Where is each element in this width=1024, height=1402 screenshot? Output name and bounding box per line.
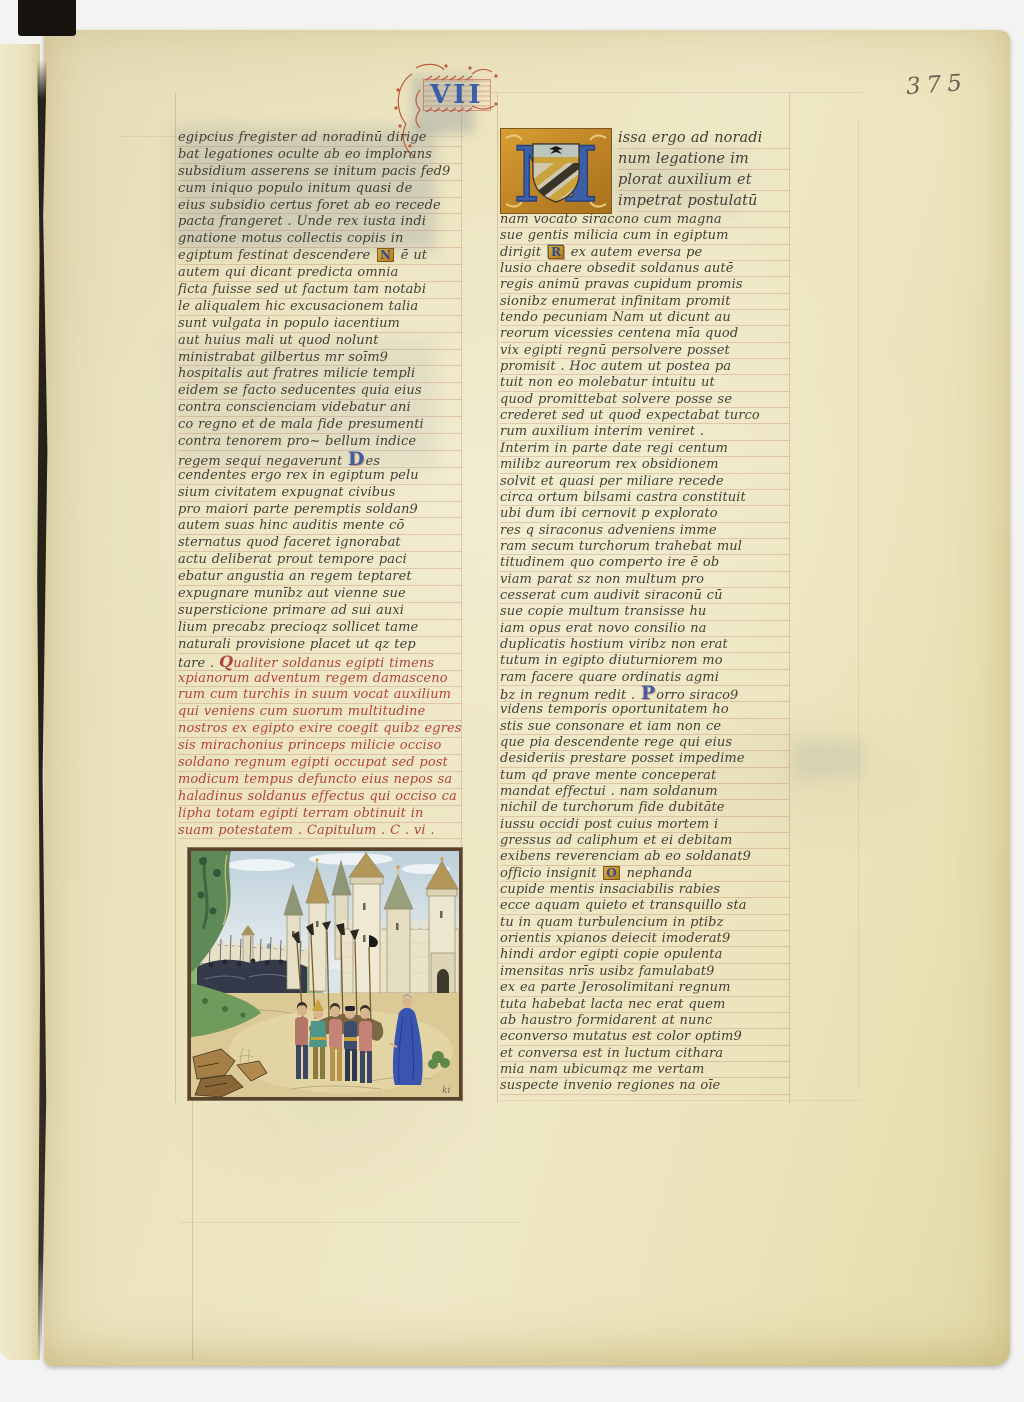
- chapter-heading: VII: [424, 80, 490, 110]
- text-line: soldano regnum egipti occupat sed post: [178, 755, 462, 772]
- text-line: gressus ad caliphum et ei debitam: [500, 833, 790, 849]
- text-line: videns temporis oportunitatem ho: [500, 702, 790, 718]
- folio-number: 375: [905, 70, 969, 100]
- text-line: cesserat cum audivit siraconū cū: [500, 588, 790, 604]
- text-line: bat legationes oculte ab eo implorans: [178, 147, 462, 164]
- text-line: stis sue consonare et iam non ce: [500, 719, 790, 735]
- facing-page-edge: [0, 44, 40, 1360]
- text-line: modicum tempus defuncto eius nepos sa: [178, 772, 462, 789]
- text-line: iussu occidi post cuius mortem i: [500, 817, 790, 833]
- text-line: egiptum festinat descendere N ē ut: [178, 248, 462, 265]
- text-line: econverso mutatus est color optim9: [500, 1029, 790, 1045]
- text-line: hospitalis aut fratres milicie templi: [178, 366, 462, 383]
- text-line: suam potestatem . Capitulum . C . vi .: [178, 823, 462, 840]
- text-line: sue gentis milicia cum in egiptum: [500, 228, 790, 244]
- text-line: xpianorum adventum regem damasceno: [178, 671, 462, 688]
- ruling-line: [460, 92, 862, 93]
- text-line: cendentes ergo rex in egiptum pelu: [178, 468, 462, 485]
- text-line: hindi ardor egipti copie opulenta: [500, 947, 790, 963]
- text-line: tum qd prave mente conceperat: [500, 768, 790, 784]
- text-line: vix egipti regnū persolvere posset: [500, 343, 790, 359]
- text-line: ministrabat gilbertus mr soīm9: [178, 350, 462, 367]
- text-line: reorum vicessies centena mīa quod: [500, 326, 790, 342]
- binding-clamp: [18, 0, 76, 36]
- text-line: que pia descendente rege qui eius: [500, 735, 790, 751]
- text-line: nam vocato siracono cum magna: [500, 212, 790, 228]
- text-line: contra tenorem pro~ bellum indice: [178, 434, 462, 451]
- ruling-line: [858, 120, 859, 1090]
- text-line: Interim in parte date regi centum: [500, 441, 790, 457]
- text-line: duplicatis hostium viribz non erat: [500, 637, 790, 653]
- illuminated-initial-M: M: [500, 128, 612, 214]
- text-line: pro maiori parte peremptis soldan9: [178, 502, 462, 519]
- text-line: mandat effectui . nam soldanum: [500, 784, 790, 800]
- text-line: nostros ex egipto exire coegit quibz egr…: [178, 721, 462, 738]
- miniature-painting: [188, 848, 462, 1100]
- text-line: imensitas nrīs usibz famulabat9: [500, 964, 790, 980]
- text-line: regem sequi negaverunt Des: [178, 451, 462, 468]
- text-line: titudinem quo comperto ire ē ob: [500, 555, 790, 571]
- text-line: ubi dum ibi cernovit p explorato: [500, 506, 790, 522]
- text-line: tare . Qualiter soldanus egipti timens: [178, 654, 462, 671]
- text-line: sis mirachonius princeps milicie occiso: [178, 738, 462, 755]
- text-line: quod promittebat solvere posse se: [500, 392, 790, 408]
- text-line: lipha totam egipti terram obtinuit in: [178, 806, 462, 823]
- text-line: tutum in egipto diuturniorem mo: [500, 653, 790, 669]
- text-line: sternatus quod faceret ignorabat: [178, 535, 462, 552]
- text-line: milibz aureorum rex obsidionem: [500, 457, 790, 473]
- text-line: desideriis prestare posset impedime: [500, 751, 790, 767]
- text-line: mia nam ubicumqz me vertam: [500, 1062, 790, 1078]
- text-line: orientis xpianos deiecit imoderat9: [500, 931, 790, 947]
- text-line: sunt vulgata in populo iacentium: [178, 316, 462, 333]
- text-line: res q siraconus adveniens imme: [500, 523, 790, 539]
- text-line: tuta habebat lacta nec erat quem: [500, 997, 790, 1013]
- page-crease: [192, 1100, 193, 1360]
- text-line: lusio chaere obsedit soldanus autē: [500, 261, 790, 277]
- text-line: plorat auxilium et: [618, 170, 790, 191]
- text-line: autem qui dicant predicta omnia: [178, 265, 462, 282]
- text-line: circa ortum bilsami castra constituit: [500, 490, 790, 506]
- text-line: bz in regnum redit . Porro siraco9: [500, 686, 790, 702]
- text-line: sue copie multum transisse hu: [500, 604, 790, 620]
- text-line: sium civitatem expugnat civibus: [178, 485, 462, 502]
- text-line: egipcius fregister ad noradinū dirige: [178, 130, 462, 147]
- text-line: cupide mentis insaciabilis rabies: [500, 882, 790, 898]
- text-line: supersticione primare ad sui auxi: [178, 603, 462, 620]
- ruling-line: [497, 93, 498, 1103]
- text-line: tu in quam turbulencium in ptibz: [500, 915, 790, 931]
- text-line: issa ergo ad noradi: [618, 128, 790, 149]
- text-line: actu deliberat prout tempore paci: [178, 552, 462, 569]
- text-line: suspecte invenio regiones na oīe: [500, 1078, 790, 1094]
- text-line: tuit non eo molebatur intuitu ut: [500, 375, 790, 391]
- text-line: autem suas hinc auditis mente cō: [178, 518, 462, 535]
- text-line: lium precabz precioqz sollicet tame: [178, 620, 462, 637]
- text-line: gnatione motus collectis copiis in: [178, 231, 462, 248]
- text-line: num legatione im: [618, 149, 790, 170]
- left-column-lines: egipcius fregister ad noradinū dirigebat…: [178, 130, 462, 839]
- text-line: qui veniens cum suorum multitudine: [178, 704, 462, 721]
- text-line: regis animū pravas cupidum promis: [500, 277, 790, 293]
- text-line: haladinus soldanus effectus qui occiso c…: [178, 789, 462, 806]
- text-line: co regno et de mala fide presumenti: [178, 417, 462, 434]
- text-line: et conversa est in luctum cithara: [500, 1046, 790, 1062]
- text-line: ecce aquam quieto et transquillo sta: [500, 898, 790, 914]
- text-line: sionibz enumerat infinitam promit: [500, 294, 790, 310]
- text-line: aut huius mali ut quod nolunt: [178, 333, 462, 350]
- margin-mark: ki: [442, 1086, 450, 1096]
- text-line: ebatur angustia an regem teptaret: [178, 569, 462, 586]
- text-line: rum cum turchis in suum vocat auxilium: [178, 687, 462, 704]
- text-line: crederet sed ut quod expectabat turco: [500, 408, 790, 424]
- text-line: eius subsidio certus foret ab eo recede: [178, 198, 462, 215]
- text-line: tendo pecuniam Nam ut dicunt au: [500, 310, 790, 326]
- text-line: expugnare munībz aut vienne sue: [178, 586, 462, 603]
- text-line: ab haustro formidarent at nunc: [500, 1013, 790, 1029]
- text-line: ex ea parte Jerosolimitani regnum: [500, 980, 790, 996]
- text-line: nichil de turchorum fide dubitāte: [500, 800, 790, 816]
- text-line: subsidium asserens se initum pacis fed9: [178, 164, 462, 181]
- text-line: viam parat sz non multum pro: [500, 572, 790, 588]
- page-crease: [180, 1222, 520, 1223]
- text-line: rum auxilium interim veniret .: [500, 424, 790, 440]
- text-line: pacta frangeret . Unde rex iusta indi: [178, 214, 462, 231]
- text-line: promisit . Hoc autem ut postea pa: [500, 359, 790, 375]
- text-line: ficta fuisse sed ut factum tam notabi: [178, 282, 462, 299]
- text-line: le aliqualem hic excusacionem talia: [178, 299, 462, 316]
- ruling-line: [497, 1100, 861, 1101]
- castle-gate: [437, 969, 449, 993]
- text-line: exibens reverenciam ab eo soldanat9: [500, 849, 790, 865]
- text-line: ram secum turchorum trahebat mul: [500, 539, 790, 555]
- text-line: impetrat postulatū: [618, 191, 790, 212]
- ruling-line: [175, 93, 176, 1103]
- text-line: contra conscienciam videbatur ani: [178, 400, 462, 417]
- text-line: eidem se facto seducentes quia eius: [178, 383, 462, 400]
- text-line: dirigit R ex autem eversa pe: [500, 245, 790, 261]
- right-column: issa ergo ad noradinum legatione implora…: [500, 128, 790, 1095]
- right-column-lines: nam vocato siracono cum magnasue gentis …: [500, 212, 790, 1095]
- text-line: solvit et quasi per miliare recede: [500, 474, 790, 490]
- text-line: officio insignit O nephanda: [500, 866, 790, 882]
- text-line: cum iniquo populo initum quasi de: [178, 181, 462, 198]
- text-line: iam opus erat novo consilio na: [500, 621, 790, 637]
